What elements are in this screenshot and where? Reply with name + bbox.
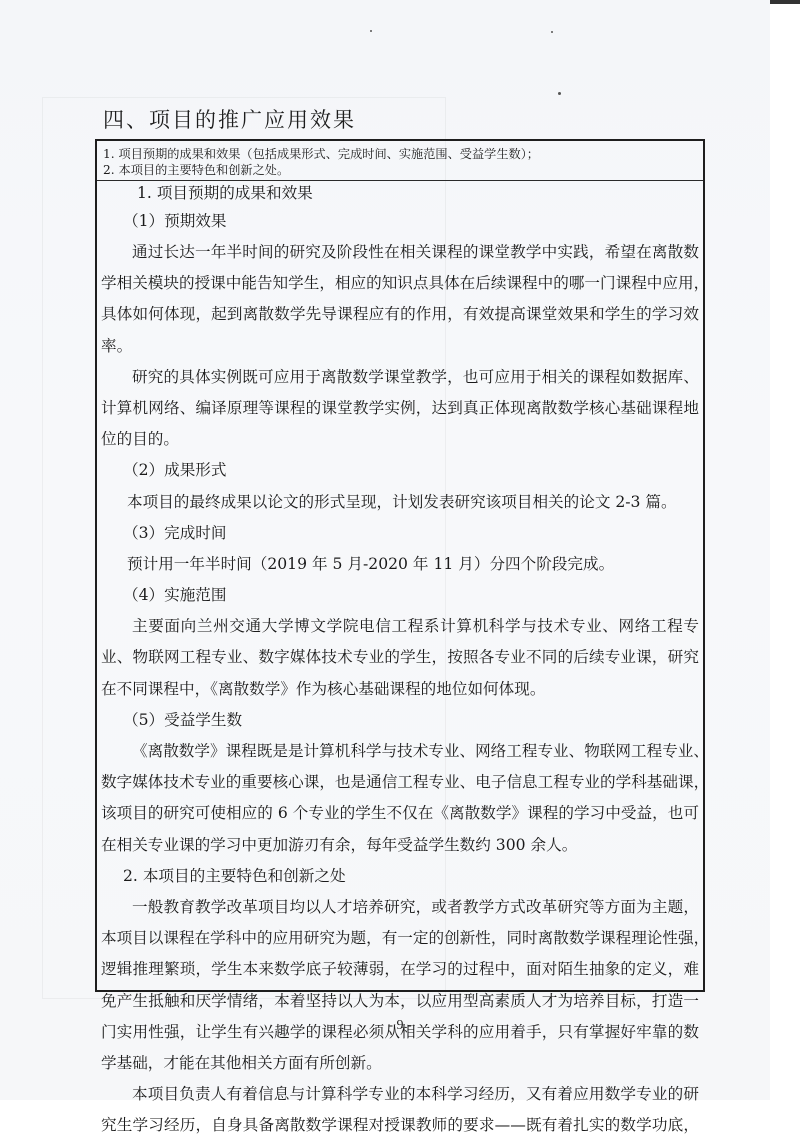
paragraph-line: 率。 — [101, 331, 699, 362]
paragraph-line: 预计用一年半时间（2019 年 5 月-2020 年 11 月）分四个阶段完成。 — [101, 549, 699, 580]
paragraph-line: 本项目负责人有着信息与计算科学专业的本科学习经历，又有着应用数学专业的研 — [101, 1079, 699, 1100]
paragraph-line: 业、物联网工程专业、数字媒体技术专业的学生，按照各专业不同的后续专业课，研究 — [101, 642, 699, 673]
paragraph-line: 学基础，才能在其他相关方面有所创新。 — [101, 1048, 699, 1079]
page-number: - 9 - — [0, 1018, 800, 1034]
content-body: 1. 项目预期的成果和效果 （1）预期效果 通过长达一年半时间的研究及阶段性在相… — [97, 181, 703, 1100]
subheading-beneficiaries: （5）受益学生数 — [101, 705, 699, 736]
prompt-line: 1. 项目预期的成果和效果（包括成果形式、完成时间、实施范围、受益学生数）； — [103, 146, 703, 162]
section-title: 四、项目的推广应用效果 — [103, 104, 356, 134]
paragraph-line: 位的目的。 — [101, 424, 699, 455]
content-table: 1. 项目预期的成果和效果（包括成果形式、完成时间、实施范围、受益学生数）； 2… — [95, 139, 705, 992]
prompt-line: 2. 本项目的主要特色和创新之处。 — [103, 162, 703, 178]
paragraph-line: 具体如何体现，起到离散数学先导课程应有的作用，有效提高课堂效果和学生的学习效 — [101, 299, 699, 330]
subheading-expected-effect: （1）预期效果 — [101, 208, 699, 237]
scanned-page: 四、项目的推广应用效果 1. 项目预期的成果和效果（包括成果形式、完成时间、实施… — [0, 0, 770, 1100]
scan-speck — [370, 30, 372, 32]
paragraph-line: 本项目的最终成果以论文的形式呈现，计划发表研究该项目相关的论文 2-3 篇。 — [101, 487, 699, 518]
paragraph-line: 本项目以课程在学科中的应用研究为题，有一定的创新性，同时离散数学课程理论性强， — [101, 923, 699, 954]
paragraph-line: 一般教育教学改革项目均以人才培养研究，或者教学方式改革研究等方面为主题， — [101, 892, 699, 923]
paragraph-line: 数字媒体技术专业的重要核心课，也是通信工程专业、电子信息工程专业的学科基础课， — [101, 767, 699, 798]
scan-edge-mark — [770, 0, 800, 4]
paragraph-line: 通过长达一年半时间的研究及阶段性在相关课程的课堂教学中实践，希望在离散数 — [101, 237, 699, 268]
prompt-header-row: 1. 项目预期的成果和效果（包括成果形式、完成时间、实施范围、受益学生数）； 2… — [97, 141, 703, 181]
paragraph-line: 《离散数学》课程既是是计算机科学与技术专业、网络工程专业、物联网工程专业、 — [101, 736, 699, 767]
paragraph-line: 主要面向兰州交通大学博文学院电信工程系计算机科学与技术专业、网络工程专 — [101, 611, 699, 642]
paragraph-line: 学相关模块的授课中能告知学生，相应的知识点具体在后续课程中的哪一门课程中应用， — [101, 268, 699, 299]
subheading-result-form: （2）成果形式 — [101, 455, 699, 486]
paragraph-line: 在相关专业课的学习中更加游刃有余，每年受益学生数约 300 余人。 — [101, 830, 699, 861]
scan-speck — [558, 92, 561, 95]
subheading-completion-time: （3）完成时间 — [101, 518, 699, 549]
scan-speck — [551, 31, 553, 33]
paragraph-line: 研究的具体实例既可应用于离散数学课堂教学，也可应用于相关的课程如数据库、 — [101, 362, 699, 393]
paragraph-line: 计算机网络、编译原理等课程的课堂教学实例，达到真正体现离散数学核心基础课程地 — [101, 393, 699, 424]
paragraph-line: 在不同课程中，《离散数学》作为核心基础课程的地位如何体现。 — [101, 674, 699, 705]
paragraph-line: 该项目的研究可使相应的 6 个专业的学生不仅在《离散数学》课程的学习中受益，也可 — [101, 798, 699, 829]
heading-features-innovation: 2. 本项目的主要特色和创新之处 — [101, 861, 699, 892]
subheading-scope: （4）实施范围 — [101, 580, 699, 611]
heading-expected-results: 1. 项目预期的成果和效果 — [101, 181, 699, 208]
paragraph-line: 免产生抵触和厌学情绪，本着坚持以人为本，以应用型高素质人才为培养目标，打造一 — [101, 986, 699, 1017]
paragraph-line: 逻辑推理繁琐，学生本来数学底子较薄弱，在学习的过程中，面对陌生抽象的定义，难 — [101, 954, 699, 985]
